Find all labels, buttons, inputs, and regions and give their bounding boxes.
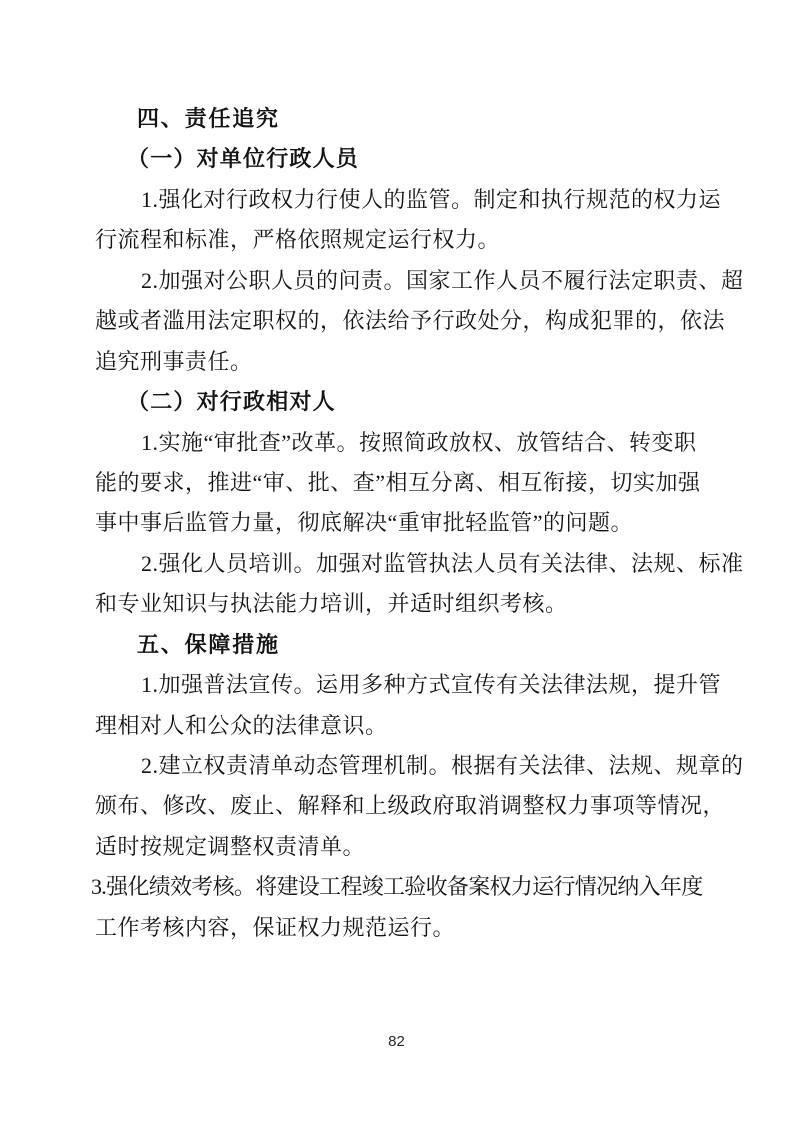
heading-1: 四、责任追究: [95, 99, 705, 139]
heading-1: 五、保障措施: [95, 625, 705, 665]
document-text-line: 追究刑事责任。: [95, 342, 705, 382]
document-text-line: 越或者滥用法定职权的，依法给予行政处分，构成犯罪的，依法: [95, 301, 705, 341]
text-block: 四、责任追究（一）对单位行政人员1.强化对行政权力行使人的监管。制定和执行规范的…: [95, 99, 705, 948]
document-page: 四、责任追究（一）对单位行政人员1.强化对行政权力行使人的监管。制定和执行规范的…: [0, 0, 793, 1122]
document-text-line: 2.建立权责清单动态管理机制。根据有关法律、法规、规章的: [95, 746, 705, 786]
document-text-line: 3.强化绩效考核。将建设工程竣工验收备案权力运行情况纳入年度: [91, 867, 705, 907]
document-text-line: 1.强化对行政权力行使人的监管。制定和执行规范的权力运: [95, 180, 705, 220]
document-text-line: 工作考核内容，保证权力规范运行。: [95, 908, 705, 948]
document-text-line: 行流程和标准，严格依照规定运行权力。: [95, 220, 705, 260]
document-text-line: 2.加强对公职人员的问责。国家工作人员不履行法定职责、超: [95, 261, 705, 301]
page-number: 82: [0, 1032, 793, 1052]
document-text-line: 和专业知识与执法能力培训，并适时组织考核。: [95, 584, 705, 624]
document-text-line: 1.加强普法宣传。运用多种方式宣传有关法律法规，提升管: [95, 665, 705, 705]
document-text-line: 适时按规定调整权责清单。: [95, 827, 705, 867]
document-text-line: 能的要求，推进“审、批、查”相互分离、相互衔接，切实加强: [95, 463, 705, 503]
heading-2: （一）对单位行政人员: [95, 139, 705, 179]
heading-2: （二）对行政相对人: [95, 382, 705, 422]
document-text-line: 理相对人和公众的法律意识。: [95, 706, 705, 746]
document-text-line: 1.实施“审批查”改革。按照简政放权、放管结合、转变职: [95, 423, 705, 463]
document-text-line: 2.强化人员培训。加强对监管执法人员有关法律、法规、标准: [95, 544, 705, 584]
document-text-line: 颁布、修改、废止、解释和上级政府取消调整权力事项等情况，: [95, 786, 705, 826]
document-text-line: 事中事后监管力量，彻底解决“重审批轻监管”的问题。: [95, 503, 705, 543]
